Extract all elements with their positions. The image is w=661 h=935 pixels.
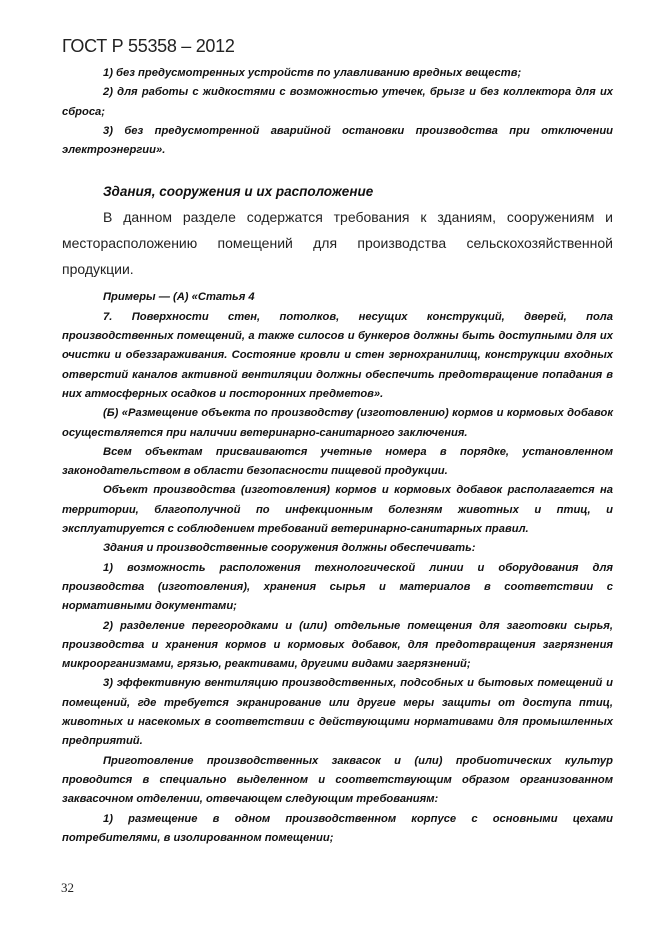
section-intro-paragraph: В данном разделе содержатся требования к…: [62, 204, 613, 282]
list-item-placement-isolated-room: 1) размещение в одном производственном к…: [62, 810, 613, 849]
list-item-ventilation: 3) эффективную вентиляцию производственн…: [62, 674, 613, 751]
examples-label: Примеры — (А) «Статья 4: [62, 288, 613, 307]
buildings-must-provide-paragraph: Здания и производственные сооружения дол…: [62, 539, 613, 558]
page-number: 32: [61, 880, 74, 896]
document-page: ГОСТ Р 55358 – 2012 1) без предусмотренн…: [0, 0, 661, 935]
example-b-placement: (Б) «Размещение объекта по производству …: [62, 404, 613, 443]
registration-numbers-paragraph: Всем объектам присваиваются учетные номе…: [62, 443, 613, 482]
document-header-title: ГОСТ Р 55358 – 2012: [62, 36, 235, 57]
document-body: 1) без предусмотренных устройств по улав…: [62, 64, 613, 848]
list-item-liquids-without-collector: 2) для работы с жидкостями с возможность…: [62, 83, 613, 122]
example-a-article-7: 7. Поверхности стен, потолков, несущих к…: [62, 308, 613, 404]
list-item-technological-line: 1) возможность расположения технологичес…: [62, 559, 613, 617]
list-item-no-emergency-stop: 3) без предусмотренной аварийной останов…: [62, 122, 613, 161]
list-item-no-capture-devices: 1) без предусмотренных устройств по улав…: [62, 64, 613, 83]
section-heading: Здания, сооружения и их расположение: [62, 182, 613, 202]
starter-cultures-paragraph: Приготовление производственных заквасок …: [62, 752, 613, 810]
production-site-paragraph: Объект производства (изготовления) кормо…: [62, 481, 613, 539]
list-item-partitions: 2) разделение перегородками и (или) отде…: [62, 617, 613, 675]
